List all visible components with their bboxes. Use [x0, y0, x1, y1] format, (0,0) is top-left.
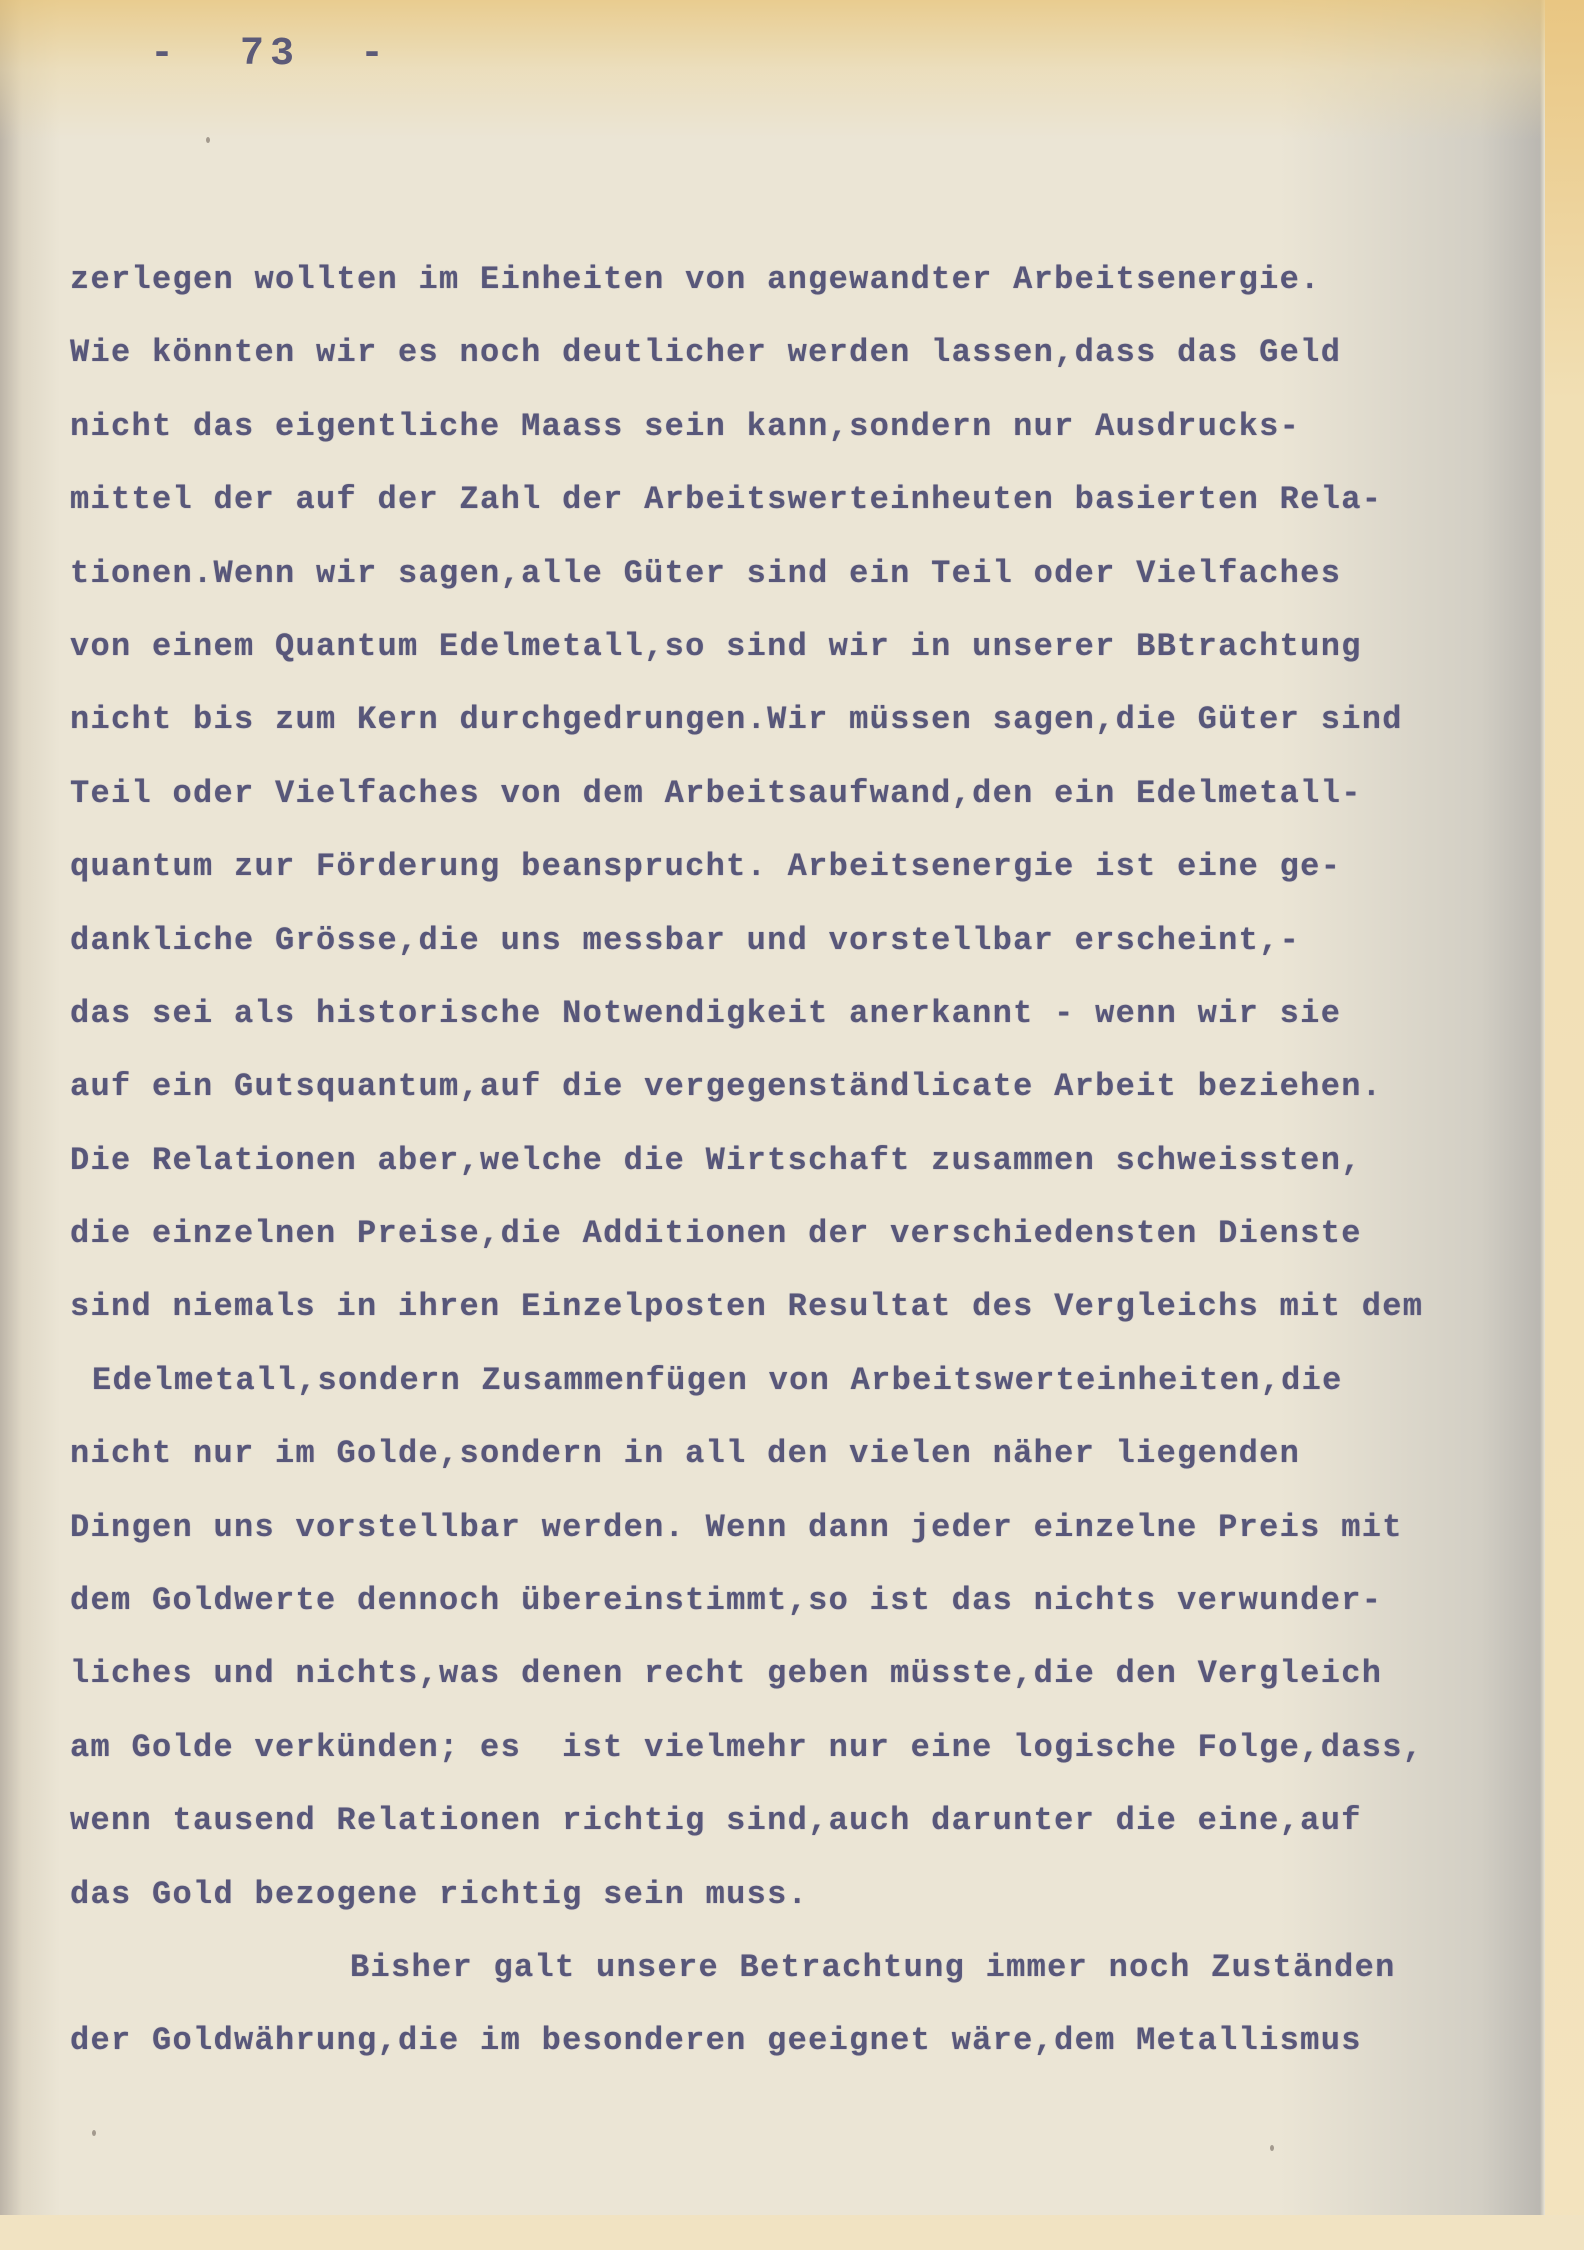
text-line: von einem Quantum Edelmetall,so sind wir…: [70, 619, 1540, 692]
ink-speck: [206, 137, 210, 143]
text-line: am Golde verkünden; es ist vielmehr nur …: [70, 1720, 1540, 1793]
text-line: liches und nichts,was denen recht geben …: [70, 1646, 1540, 1719]
text-line: tionen.Wenn wir sagen,alle Güter sind ei…: [70, 546, 1540, 619]
page-edge-bottom: [0, 2215, 1584, 2250]
text-line: wenn tausend Relationen richtig sind,auc…: [70, 1793, 1540, 1866]
text-line: Teil oder Vielfaches von dem Arbeitsaufw…: [70, 766, 1540, 839]
text-line: dankliche Grösse,die uns messbar und vor…: [70, 913, 1540, 986]
text-line: das sei als historische Notwendigkeit an…: [70, 986, 1540, 1059]
text-line: das Gold bezogene richtig sein muss.: [70, 1867, 1540, 1940]
text-line: dem Goldwerte dennoch übereinstimmt,so i…: [70, 1573, 1540, 1646]
scanned-page: - 73 - zerlegen wollten im Einheiten von…: [0, 0, 1584, 2250]
text-line: mittel der auf der Zahl der Arbeitswerte…: [70, 472, 1540, 545]
text-line: Die Relationen aber,welche die Wirtschaf…: [70, 1133, 1540, 1206]
ink-speck: [92, 2130, 96, 2136]
text-line: nicht das eigentliche Maass sein kann,so…: [70, 399, 1540, 472]
text-line: Edelmetall,sondern Zusammenfügen von Arb…: [70, 1353, 1540, 1426]
text-line: Wie könnten wir es noch deutlicher werde…: [70, 325, 1540, 398]
typewritten-body: zerlegen wollten im Einheiten von angewa…: [70, 252, 1540, 2087]
text-line: nicht bis zum Kern durchgedrungen.Wir mü…: [70, 692, 1540, 765]
text-line: Dingen uns vorstellbar werden. Wenn dann…: [70, 1500, 1540, 1573]
text-line: sind niemals in ihren Einzelposten Resul…: [70, 1279, 1540, 1352]
text-line: zerlegen wollten im Einheiten von angewa…: [70, 252, 1540, 325]
text-line: der Goldwährung,die im besonderen geeign…: [70, 2013, 1540, 2086]
paragraph-start-line: Bisher galt unsere Betrachtung immer noc…: [70, 1940, 1540, 2013]
text-line: quantum zur Förderung beansprucht. Arbei…: [70, 839, 1540, 912]
page-edge-right: [1545, 0, 1584, 2250]
page-number: - 73 -: [150, 32, 390, 77]
text-line: die einzelnen Preise,die Additionen der …: [70, 1206, 1540, 1279]
text-line: auf ein Gutsquantum,auf die vergegenstän…: [70, 1059, 1540, 1132]
ink-speck: [1270, 2145, 1274, 2151]
text-line: nicht nur im Golde,sondern in all den vi…: [70, 1426, 1540, 1499]
